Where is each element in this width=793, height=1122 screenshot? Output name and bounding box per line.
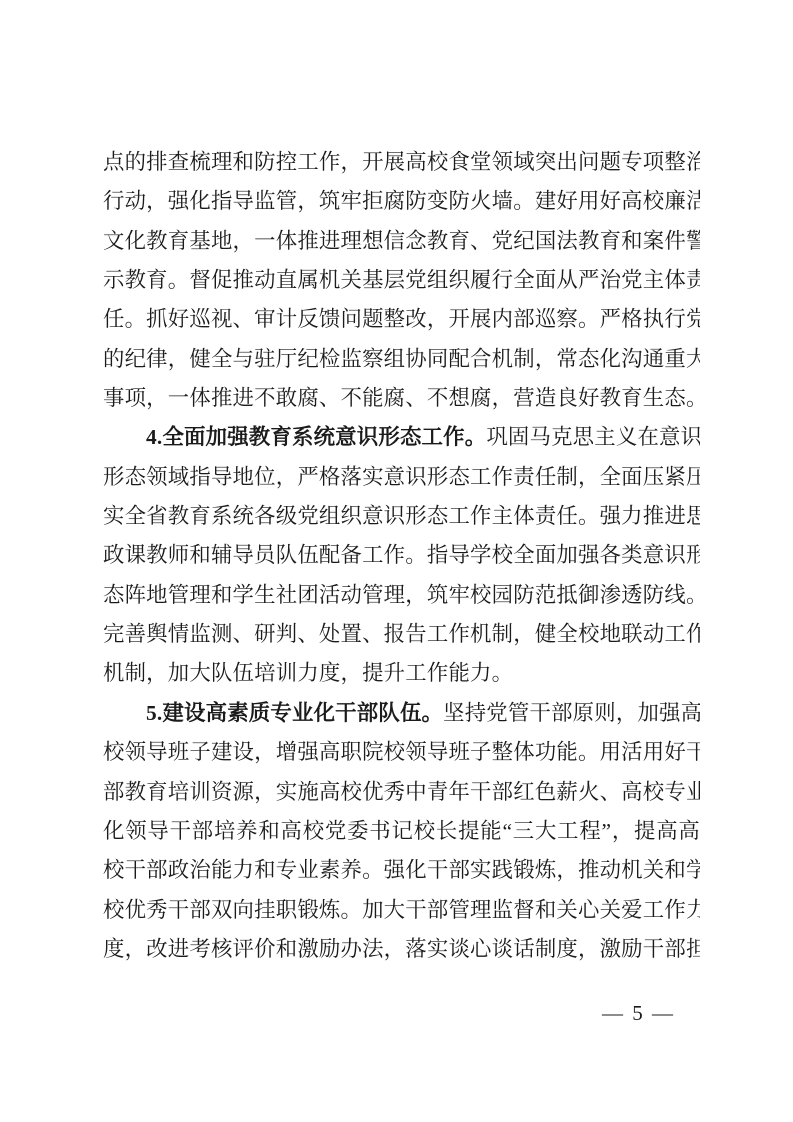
line-text: 示教育。督促推动直属机关基层党组织履行全面从严治党主体责 [103,268,700,292]
line-text: 巩固马克思主义在意识 [486,425,700,449]
text-line: 校优秀干部双向挂职锻炼。加大干部管理监督和关心关爱工作力 [103,891,700,930]
line-text: 的纪律，健全与驻厅纪检监察组协同配合机制，常态化沟通重大 [103,347,700,371]
text-line: 度，改进考核评价和激励办法，落实谈心谈话制度，激励干部担 [103,930,700,969]
line-text: 度，改进考核评价和激励办法，落实谈心谈话制度，激励干部担 [103,937,700,961]
line-text: 实全省教育系统各级党组织意识形态工作主体责任。强力推进思 [103,504,700,528]
section-heading-5: 5.建设高素质专业化干部队伍。 [146,701,443,725]
line-text: 化领导干部培养和高校党委书记校长提能“三大工程”，提高高 [103,819,700,843]
text-line: 实全省教育系统各级党组织意识形态工作主体责任。强力推进思 [103,497,700,536]
text-line: 点的排查梳理和防控工作，开展高校食堂领域突出问题专项整治 [103,143,700,182]
line-text: 校干部政治能力和专业素养。强化干部实践锻炼，推动机关和学 [103,858,700,882]
line-text: 部教育培训资源，实施高校优秀中青年干部红色薪火、高校专业 [103,780,700,804]
text-line: 化领导干部培养和高校党委书记校长提能“三大工程”，提高高 [103,812,700,851]
document-page: 点的排查梳理和防控工作，开展高校食堂领域突出问题专项整治 行动，强化指导监管，筑… [0,0,793,1122]
text-line: 5.建设高素质专业化干部队伍。坚持党管干部原则，加强高 [103,694,700,733]
line-text: 文化教育基地，一体推进理想信念教育、党纪国法教育和案件警 [103,229,700,253]
text-line: 校干部政治能力和专业素养。强化干部实践锻炼，推动机关和学 [103,851,700,890]
line-text: 形态领域指导地位，严格落实意识形态工作责任制，全面压紧压 [103,465,700,489]
document-body: 点的排查梳理和防控工作，开展高校食堂领域突出问题专项整治 行动，强化指导监管，筑… [103,143,700,969]
text-line: 部教育培训资源，实施高校优秀中青年干部红色薪火、高校专业 [103,773,700,812]
page-number: — 5 — [602,1001,675,1026]
text-line: 态阵地管理和学生社团活动管理，筑牢校园防范抵御渗透防线。 [103,576,700,615]
line-text: 完善舆情监测、研判、处置、报告工作机制，健全校地联动工作 [103,622,700,646]
line-text: 任。抓好巡视、审计反馈问题整改，开展内部巡察。严格执行党 [103,307,700,331]
text-line: 完善舆情监测、研判、处置、报告工作机制，健全校地联动工作 [103,615,700,654]
text-line: 文化教育基地，一体推进理想信念教育、党纪国法教育和案件警 [103,222,700,261]
line-text: 事项，一体推进不敢腐、不能腐、不想腐，营造良好教育生态。 [103,386,700,410]
line-text: 政课教师和辅导员队伍配备工作。指导学校全面加强各类意识形 [103,543,700,567]
line-text: 行动，强化指导监管，筑牢拒腐防变防火墙。建好用好高校廉洁 [103,189,700,213]
line-text: 校优秀干部双向挂职锻炼。加大干部管理监督和关心关爱工作力 [103,898,700,922]
text-line: 4.全面加强教育系统意识形态工作。巩固马克思主义在意识 [103,418,700,457]
text-line: 政课教师和辅导员队伍配备工作。指导学校全面加强各类意识形 [103,536,700,575]
line-text: 点的排查梳理和防控工作，开展高校食堂领域突出问题专项整治 [103,150,700,174]
line-text: 坚持党管干部原则，加强高 [443,701,700,725]
line-text: 校领导班子建设，增强高职院校领导班子整体功能。用活用好干 [103,740,700,764]
line-text: 机制，加大队伍培训力度，提升工作能力。 [103,661,513,685]
text-line: 行动，强化指导监管，筑牢拒腐防变防火墙。建好用好高校廉洁 [103,182,700,221]
text-line: 示教育。督促推动直属机关基层党组织履行全面从严治党主体责 [103,261,700,300]
text-line: 校领导班子建设，增强高职院校领导班子整体功能。用活用好干 [103,733,700,772]
text-line: 的纪律，健全与驻厅纪检监察组协同配合机制，常态化沟通重大 [103,340,700,379]
line-text: 态阵地管理和学生社团活动管理，筑牢校园防范抵御渗透防线。 [103,583,700,607]
text-line: 形态领域指导地位，严格落实意识形态工作责任制，全面压紧压 [103,458,700,497]
text-line: 事项，一体推进不敢腐、不能腐、不想腐，营造良好教育生态。 [103,379,700,418]
text-line: 机制，加大队伍培训力度，提升工作能力。 [103,654,700,693]
text-line: 任。抓好巡视、审计反馈问题整改，开展内部巡察。严格执行党 [103,300,700,339]
section-heading-4: 4.全面加强教育系统意识形态工作。 [146,425,486,449]
